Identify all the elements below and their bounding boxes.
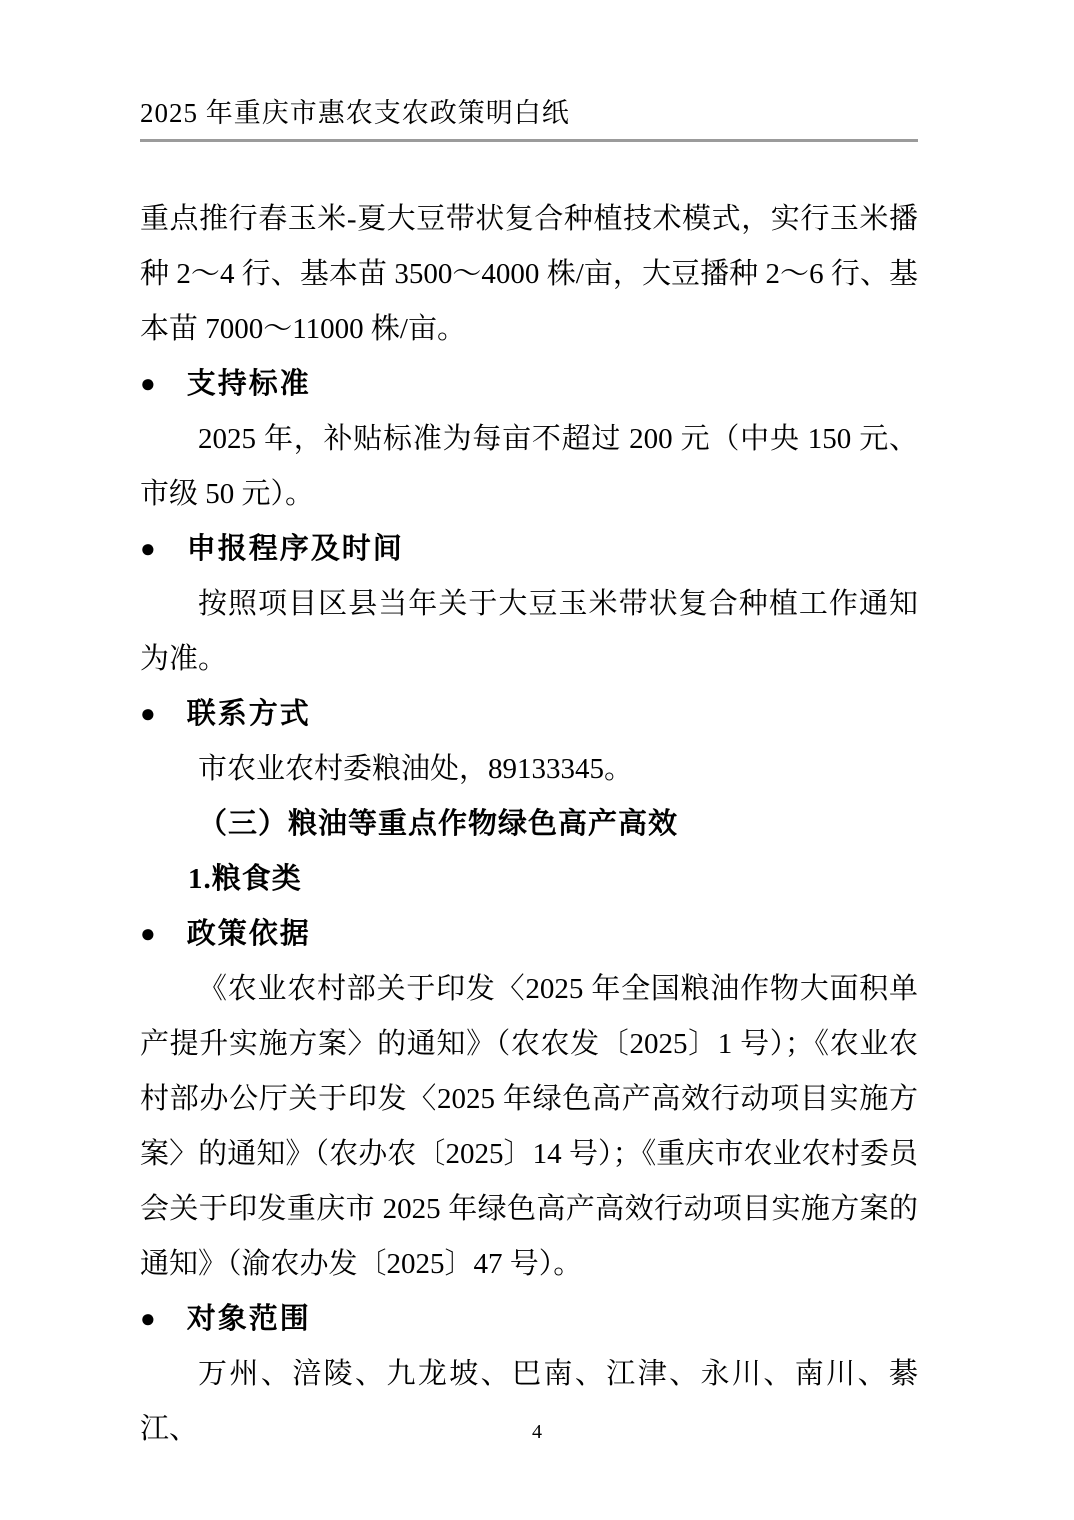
- section-heading-application-procedure: 申报程序及时间: [187, 533, 404, 565]
- bullet-list-item: ●联系方式: [140, 687, 918, 742]
- section-heading-policy-basis: 政策依据: [187, 918, 311, 950]
- paragraph-contact: 市农业农村委粮油处，89133345。: [140, 742, 918, 797]
- bullet-icon: ●: [140, 906, 156, 961]
- header-title: 2025 年重庆市惠农支农政策明白纸: [140, 98, 570, 128]
- bullet-icon: ●: [140, 1291, 156, 1346]
- section-heading-target-scope: 对象范围: [187, 1303, 311, 1335]
- bullet-list-item: ●对象范围: [140, 1292, 918, 1347]
- document-body: 重点推行春玉米-夏大豆带状复合种植技术模式，实行玉米播种 2～4 行、基本苗 3…: [140, 192, 918, 1457]
- bullet-list-item: ●政策依据: [140, 907, 918, 962]
- section-heading-support-standard: 支持标准: [187, 368, 311, 400]
- paragraph-policy-basis: 《农业农村部关于印发〈2025 年全国粮油作物大面积单产提升实施方案〉的通知》（…: [140, 962, 918, 1292]
- bullet-icon: ●: [140, 356, 156, 411]
- page-footer: 4: [0, 1420, 1074, 1444]
- page-number: 4: [532, 1421, 542, 1443]
- document-page: 2025 年重庆市惠农支农政策明白纸 重点推行春玉米-夏大豆带状复合种植技术模式…: [0, 0, 1074, 1520]
- bullet-icon: ●: [140, 521, 156, 576]
- category-heading: 1.粮食类: [140, 852, 918, 907]
- bullet-list-item: ●支持标准: [140, 357, 918, 412]
- bullet-icon: ●: [140, 686, 156, 741]
- page-header: 2025 年重庆市惠农支农政策明白纸: [140, 98, 918, 142]
- section-heading-contact: 联系方式: [187, 698, 311, 730]
- paragraph-intro: 重点推行春玉米-夏大豆带状复合种植技术模式，实行玉米播种 2～4 行、基本苗 3…: [140, 192, 918, 357]
- bullet-list-item: ●申报程序及时间: [140, 522, 918, 577]
- paragraph-support-standard: 2025 年，补贴标准为每亩不超过 200 元（中央 150 元、市级 50 元…: [140, 412, 918, 522]
- paragraph-application-procedure: 按照项目区县当年关于大豆玉米带状复合种植工作通知为准。: [140, 577, 918, 687]
- subsection-heading: （三）粮油等重点作物绿色高产高效: [140, 797, 918, 852]
